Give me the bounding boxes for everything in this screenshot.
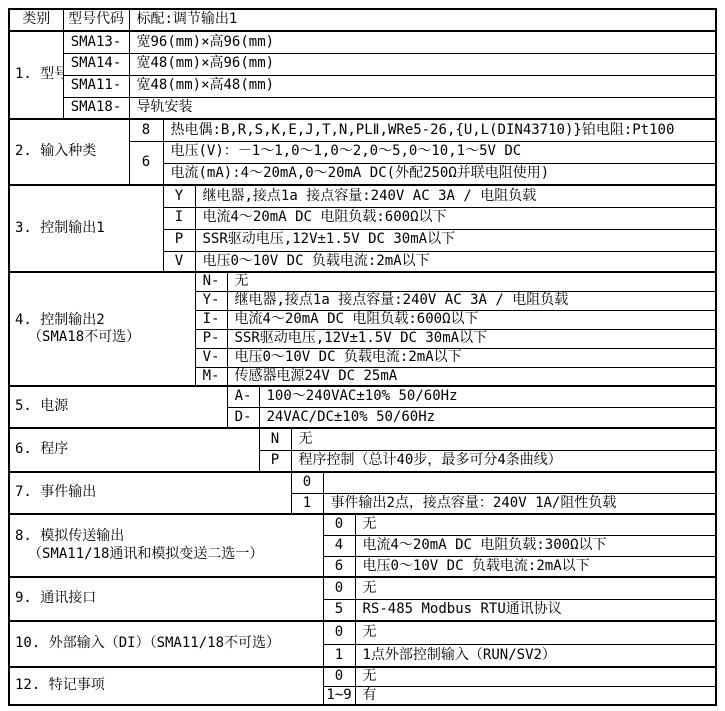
sec3-row2-code: P [163,229,195,251]
sec5-row0-code: A- [227,386,259,407]
sec1-row0-desc: 宽96(mm)×高96(mm) [129,31,716,53]
sec3-row3-code: V [163,251,195,272]
sec4-row3-code: P- [195,329,227,348]
sec12-row0-code: 0 [323,667,355,686]
sec5-row1-desc: 24VAC/DC±10% 50/60Hz [259,407,716,428]
sec2-row1-code: 6 [129,141,163,185]
sec2-row0-desc: 热电偶:B,R,S,K,E,J,T,N,PLⅡ,WRe5-26,{U,L(DIN… [163,119,716,141]
sec4-row4-desc: 电压0～10V DC 负载电流:2mA以下 [227,348,716,367]
sec7-row1-code: 1 [291,493,323,514]
section-4-label-line2: （SMA18不可选） [15,329,195,347]
sec8-row2-code: 6 [323,556,355,577]
section-8-label-line2: （SMA11/18通讯和模拟变送二选一） [15,546,323,564]
sec6-row0-desc: 无 [291,428,716,450]
sec8-row1-code: 4 [323,535,355,556]
section-4-label: 4. 控制输出2 （SMA18不可选） [9,272,195,386]
sec1-row3-desc: 导轨安装 [129,97,716,119]
sec3-row3-desc: 电压0～10V DC 负载电流:2mA以下 [195,251,716,272]
sec4-row0-desc: 无 [227,272,716,291]
sec4-row4-code: V- [195,348,227,367]
sec6-row0-code: N [259,428,291,450]
sec3-row0-code: Y [163,185,195,207]
section-10-label: 10. 外部输入（DI）（SMA11/18不可选） [9,621,323,667]
sec7-row0-desc [323,472,716,493]
sec1-row0-code: SMA13- [63,31,129,53]
sec3-row1-desc: 电流4～20mA DC 电阻负载:600Ω以下 [195,207,716,229]
sec1-row2-desc: 宽48(mm)×高48(mm) [129,75,716,97]
sec9-row0-code: 0 [323,577,355,599]
section-9-label: 9. 通讯接口 [9,577,323,621]
section-7-label: 7. 事件输出 [9,472,291,514]
sec4-row2-code: I- [195,310,227,329]
sec4-row1-code: Y- [195,291,227,310]
sec4-row2-desc: 电流4～20mA DC 电阻负载:600Ω以下 [227,310,716,329]
sec10-row0-code: 0 [323,621,355,644]
sec6-row1-code: P [259,450,291,472]
sec1-row1-desc: 宽48(mm)×高96(mm) [129,53,716,75]
sec2-row0-code: 8 [129,119,163,141]
sec2-row1-desc: 电压(V)：－1～1,0～1,0～2,0～5,0～10,1～5V DC [163,141,716,163]
sec10-row1-desc: 1点外部控制输入（RUN/SV2） [355,644,716,667]
sec4-row5-desc: 传感器电源24V DC 25mA [227,367,716,386]
sec1-row2-code: SMA11- [63,75,129,97]
sec3-row1-code: I [163,207,195,229]
sec12-row1-desc: 有 [355,686,716,705]
section-5-label: 5. 电源 [9,386,227,428]
section-8-label: 8. 模拟传送输出 （SMA11/18通讯和模拟变送二选一） [9,514,323,577]
sec8-row2-desc: 电压0～10V DC 负载电流:2mA以下 [355,556,716,577]
sec3-row2-desc: SSR驱动电压,12V±1.5V DC 30mA以下 [195,229,716,251]
sec9-row1-desc: RS-485 Modbus RTU通讯协议 [355,599,716,621]
sec9-row1-code: 5 [323,599,355,621]
sec8-row1-desc: 电流4～20mA DC 电阻负载:300Ω以下 [355,535,716,556]
sec7-row1-desc: 事件输出2点，接点容量：240V 1A/阻性负载 [323,493,716,514]
sec4-row0-code: N- [195,272,227,291]
sec8-row0-desc: 无 [355,514,716,535]
sec10-row0-desc: 无 [355,621,716,644]
header-category: 类别 [9,9,63,31]
sec4-row3-desc: SSR驱动电压,12V±1.5V DC 30mA以下 [227,329,716,348]
sec6-row1-desc: 程序控制（总计40步，最多可分4条曲线） [291,450,716,472]
sec4-row1-desc: 继电器,接点1a 接点容量:240V AC 3A / 电阻负载 [227,291,716,310]
section-8-label-line1: 8. 模拟传送输出 [15,528,323,546]
sec12-row0-desc: 无 [355,667,716,686]
sec1-row3-code: SMA18- [63,97,129,119]
section-3-label: 3. 控制输出1 [9,185,163,272]
section-4-label-line1: 4. 控制输出2 [15,312,195,330]
header-standard-config: 标配:调节输出1 [129,9,716,31]
sec8-row0-code: 0 [323,514,355,535]
sec10-row1-code: 1 [323,644,355,667]
section-6-label: 6. 程序 [9,428,259,472]
sec12-row1-code: 1~9 [323,686,355,705]
section-1-label: 1. 型号 [9,31,63,119]
section-12-label: 12. 特记事项 [9,667,323,705]
sec5-row1-code: D- [227,407,259,428]
sec3-row0-desc: 继电器,接点1a 接点容量:240V AC 3A / 电阻负载 [195,185,716,207]
section-2-label: 2. 输入种类 [9,119,129,185]
sec4-row5-code: M- [195,367,227,386]
sec9-row0-desc: 无 [355,577,716,599]
header-model-code: 型号代码 [63,9,129,31]
model-code-table: 类别 型号代码 标配:调节输出1 1. 型号 SMA13- 宽96(mm)×高9… [8,8,717,706]
sec7-row0-code: 0 [291,472,323,493]
sec5-row0-desc: 100～240VAC±10% 50/60Hz [259,386,716,407]
sec2-row2-desc: 电流(mA):4～20mA,0～20mA DC(外配250Ω并联电阻使用) [163,163,716,185]
sec1-row1-code: SMA14- [63,53,129,75]
